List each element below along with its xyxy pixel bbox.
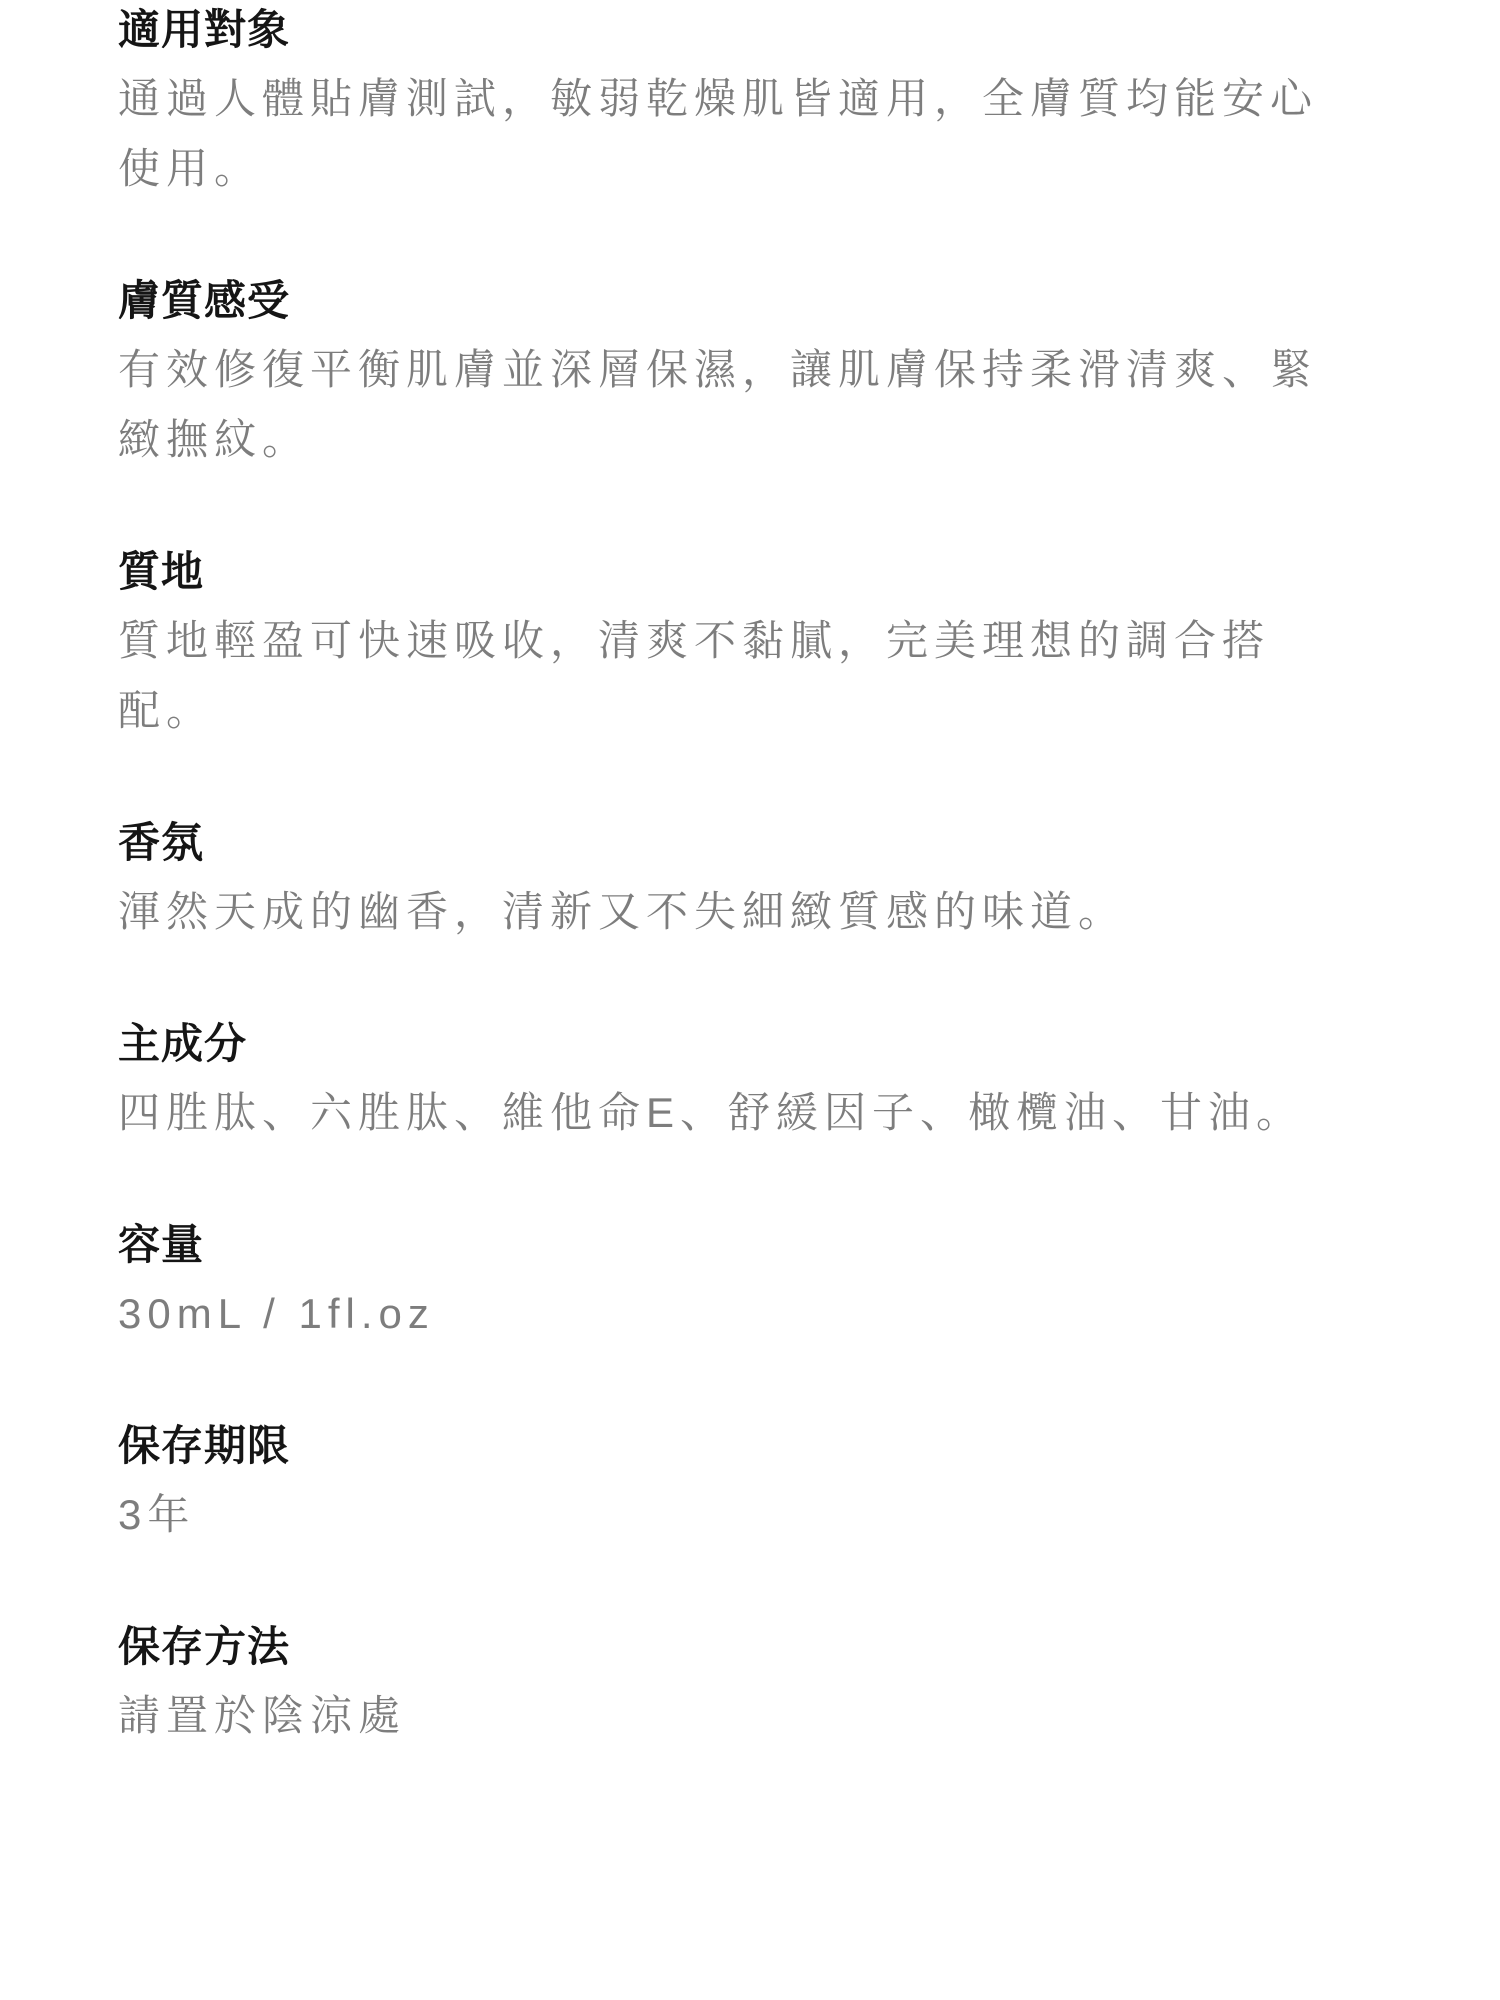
section-capacity: 容量 30mL / 1fl.oz bbox=[118, 1219, 1390, 1349]
section-fragrance: 香氛 渾然天成的幽香，清新又不失細緻質感的味道。 bbox=[118, 817, 1390, 947]
section-body-text: 渾然天成的幽香，清新又不失細緻質感的味道。 bbox=[118, 877, 1390, 947]
section-shelf-life: 保存期限 3年 bbox=[118, 1420, 1390, 1550]
section-heading: 膚質感受 bbox=[118, 275, 1390, 327]
section-heading: 主成分 bbox=[118, 1018, 1390, 1070]
section-skin-feel: 膚質感受 有效修復平衡肌膚並深層保濕，讓肌膚保持柔滑清爽、緊 緻撫紋。 bbox=[118, 275, 1390, 475]
section-main-ingredients: 主成分 四胜肽、六胜肽、維他命E、舒緩因子、橄欖油、甘油。 bbox=[118, 1018, 1390, 1148]
section-heading: 保存期限 bbox=[118, 1420, 1390, 1472]
section-texture: 質地 質地輕盈可快速吸收，清爽不黏膩，完美理想的調合搭 配。 bbox=[118, 546, 1390, 746]
section-storage-method: 保存方法 請置於陰涼處 bbox=[118, 1621, 1390, 1751]
section-heading: 適用對象 bbox=[118, 4, 1390, 56]
product-description-panel: 適用對象 通過人體貼膚測試，敏弱乾燥肌皆適用，全膚質均能安心 使用。 膚質感受 … bbox=[0, 0, 1500, 1751]
section-heading: 容量 bbox=[118, 1219, 1390, 1271]
section-body-text: 請置於陰涼處 bbox=[118, 1681, 1390, 1751]
section-body-text: 通過人體貼膚測試，敏弱乾燥肌皆適用，全膚質均能安心 使用。 bbox=[118, 64, 1390, 204]
section-body-text: 質地輕盈可快速吸收，清爽不黏膩，完美理想的調合搭 配。 bbox=[118, 606, 1390, 746]
section-heading: 質地 bbox=[118, 546, 1390, 598]
section-target-users: 適用對象 通過人體貼膚測試，敏弱乾燥肌皆適用，全膚質均能安心 使用。 bbox=[118, 4, 1390, 204]
section-heading: 香氛 bbox=[118, 817, 1390, 869]
section-body-text: 有效修復平衡肌膚並深層保濕，讓肌膚保持柔滑清爽、緊 緻撫紋。 bbox=[118, 335, 1390, 475]
section-body-text: 3年 bbox=[118, 1480, 1390, 1550]
section-body-text: 30mL / 1fl.oz bbox=[118, 1279, 1390, 1349]
section-body-text: 四胜肽、六胜肽、維他命E、舒緩因子、橄欖油、甘油。 bbox=[118, 1078, 1390, 1148]
section-heading: 保存方法 bbox=[118, 1621, 1390, 1673]
